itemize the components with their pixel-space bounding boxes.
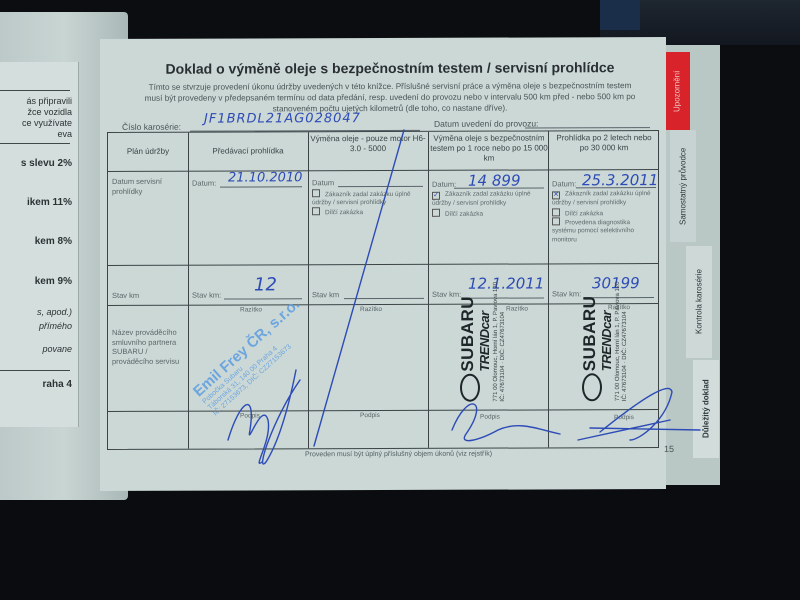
left-line: kem 8% <box>0 236 72 247</box>
left-line: žce vozidla <box>0 107 72 117</box>
service-start-field[interactable] <box>525 127 650 128</box>
dealer-stamp: SUBARU TRENDcar 771 00 Olomouc, Horní lá… <box>578 251 633 401</box>
km-label: Stav km: <box>552 289 581 299</box>
date-label: Datum <box>312 178 334 188</box>
date-value: 25.3.2011 <box>582 171 658 189</box>
service-record-page: Doklad o výměně oleje s bezpečnostním te… <box>100 37 666 491</box>
km-value: 12 <box>254 274 277 295</box>
row-label-partner: Název prováděcího smluvního partnera SUB… <box>112 328 186 366</box>
date-field[interactable] <box>220 186 302 187</box>
date-label: Datum: <box>192 179 216 189</box>
stamp-label: Razítko <box>360 306 382 313</box>
header-plan: Plán údržby <box>108 147 188 157</box>
km-field[interactable] <box>344 298 424 299</box>
option[interactable]: Zákazník zadal zakázku úplné údržby / se… <box>312 189 424 208</box>
sign-label: Podpis <box>240 412 260 419</box>
footnote: Proveden musí být úplný příslušný objem … <box>305 451 492 459</box>
tab-upozorneni[interactable]: Upozornění <box>664 52 690 130</box>
subaru-logo-icon <box>460 374 480 402</box>
option[interactable]: Provedena diagnostika systému pomocí sel… <box>552 217 654 244</box>
option[interactable]: ✕Zákazník zadal zakázku úplné údržby / s… <box>552 190 654 208</box>
header-col: Výměna oleje - pouze motor H6-3.0 - 5000 <box>308 134 428 154</box>
left-line: kem 9% <box>0 276 72 287</box>
checkbox[interactable] <box>432 209 440 217</box>
maintenance-table: Plán údržby Výměna oleje - pouze motor H… <box>107 130 659 450</box>
sign-label: Podpis <box>614 414 634 421</box>
left-line: s slevu 2% <box>0 158 72 169</box>
checkbox[interactable] <box>312 207 320 215</box>
left-line: s, apod.) <box>0 307 72 317</box>
page-title: Doklad o výměně oleje s bezpečnostním te… <box>160 59 620 77</box>
vin-label: Číslo karosérie: <box>122 122 181 132</box>
page-number: 15 <box>664 444 674 454</box>
service-start-label: Datum uvedení do provozu: <box>434 118 538 128</box>
vin-value: JF1BRDL21AG028047 <box>204 111 361 127</box>
date-value: 14 899 <box>468 172 521 190</box>
stamp-label: Razítko <box>240 306 262 313</box>
date-field[interactable] <box>338 186 423 187</box>
row-label-date: Datum servisní prohlídky <box>112 177 184 196</box>
left-line: ás připravili <box>0 96 72 106</box>
checkbox[interactable] <box>552 217 560 225</box>
sign-label: Podpis <box>480 414 500 421</box>
left-line: povane <box>0 344 72 354</box>
header-col: Předávací prohlídka <box>188 146 308 156</box>
left-line: ikem 11% <box>0 197 72 208</box>
row-label-km: Stav km <box>112 291 139 301</box>
left-line: raha 4 <box>0 379 72 390</box>
header-col: Prohlídka po 2 letech nebo po 30 000 km <box>556 133 652 153</box>
date-label: Datum: <box>552 179 576 189</box>
dealer-stamp: SUBARU TRENDcar 771 00 Olomouc, Horní lá… <box>456 252 511 402</box>
option[interactable]: ✓Zákazník zadal zakázku úplné údržby / s… <box>432 190 544 208</box>
date-value: 21.10.2010 <box>228 170 302 185</box>
left-line: ce využívate <box>0 118 72 128</box>
intro-text: Tímto se stvrzuje provedení úkonu údržby… <box>140 80 640 115</box>
checkbox-checked[interactable]: ✓ <box>432 192 440 200</box>
option[interactable]: Dílčí zakázka <box>312 207 424 218</box>
tab-kontrola-karoserie[interactable]: Kontrola karosérie <box>686 246 712 358</box>
subaru-logo-icon <box>582 373 602 401</box>
km-label: Stav km: <box>192 291 221 301</box>
sign-label: Podpis <box>360 412 380 419</box>
header-col: Výměna oleje s bezpečnostním testem po 1… <box>430 133 548 163</box>
date-label: Datum: <box>432 180 456 190</box>
left-line: eva <box>0 129 72 139</box>
left-line: přímého <box>0 321 72 331</box>
tab-dulezity-doklad[interactable]: Důležitý doklad <box>693 360 719 458</box>
left-page-panel: ás připravili žce vozidla ce využívate e… <box>0 62 79 427</box>
checkbox-checked[interactable]: ✕ <box>552 191 560 199</box>
checkbox[interactable] <box>312 189 320 197</box>
checkbox[interactable] <box>552 208 560 216</box>
km-label: Stav km <box>312 290 339 300</box>
tab-samostatny-pruvodce[interactable]: Samostatný průvodce <box>670 130 696 242</box>
option[interactable]: Dílčí zakázka <box>432 208 544 219</box>
